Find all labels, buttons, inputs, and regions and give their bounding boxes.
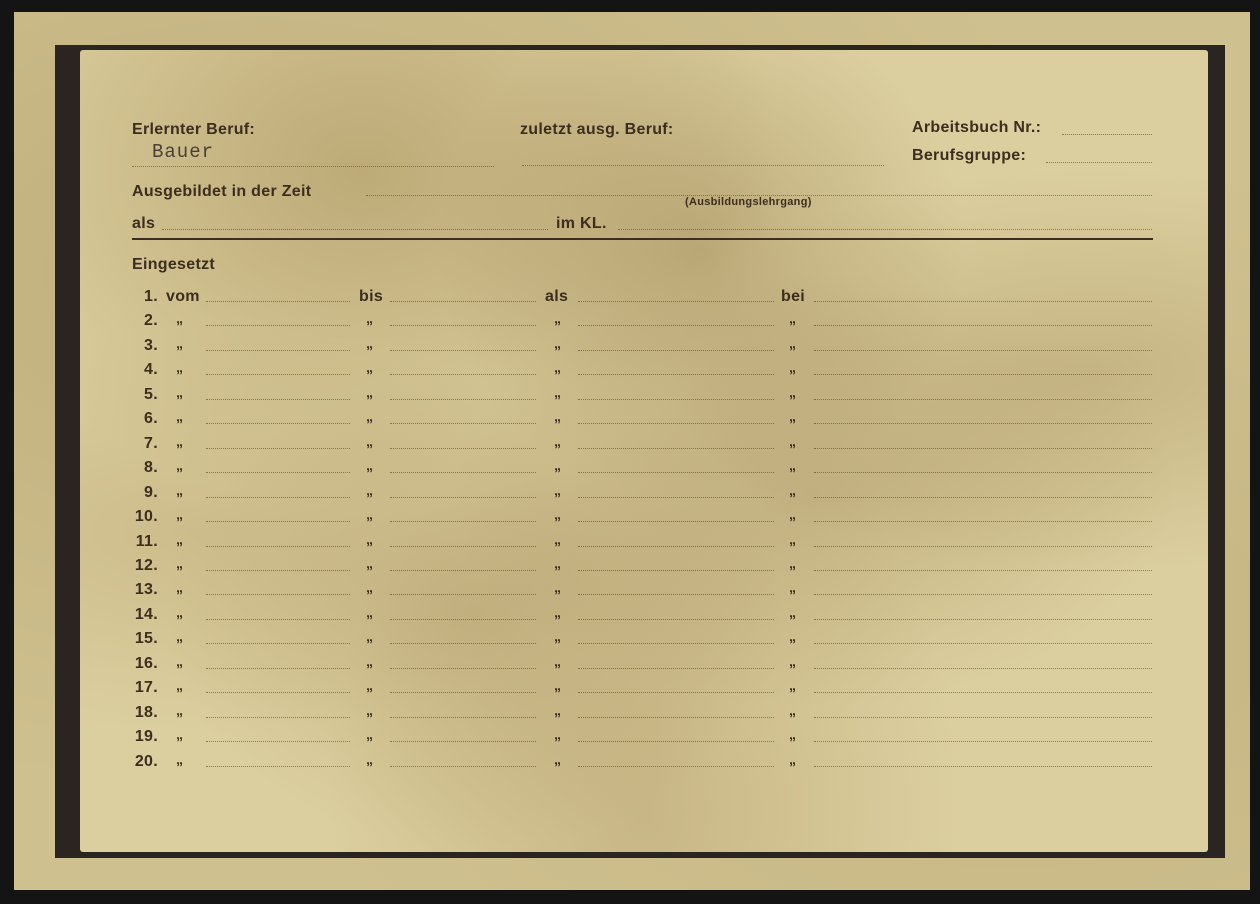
ditto-vom: „ [176,310,183,326]
section-divider [132,238,1153,240]
bei-line [814,399,1152,400]
ditto-bei: „ [789,359,796,375]
ditto-als: „ [554,359,561,375]
bis-line [390,546,536,547]
ditto-vom: „ [176,482,183,498]
als-line [578,619,774,620]
erlernter-beruf-line [132,166,494,167]
ausgebildet-label: Ausgebildet in der Zeit [132,183,311,201]
ditto-als: „ [554,653,561,669]
vom-line [206,668,350,669]
ditto-als: „ [554,310,561,326]
ditto-vom: „ [176,751,183,767]
als-line [578,350,774,351]
bei-line [814,668,1152,669]
bei-line [814,717,1152,718]
bis-line [390,325,536,326]
als-line [578,301,774,302]
ditto-bei: „ [789,531,796,547]
ditto-bis: „ [366,310,373,326]
bis-line [390,399,536,400]
arbeitsbuch-label: Arbeitsbuch Nr.: [912,119,1041,137]
vom-line [206,594,350,595]
row-number: 14. [128,606,158,624]
bis-line [390,594,536,595]
bis-line [390,497,536,498]
bis-line [390,570,536,571]
ditto-bis: „ [366,628,373,644]
lehrgang-note: (Ausbildungslehrgang) [685,196,812,208]
ditto-bis: „ [366,384,373,400]
ditto-als: „ [554,579,561,595]
row-number: 2. [128,312,158,330]
row-number: 19. [128,728,158,746]
bei-line [814,521,1152,522]
vom-line [206,619,350,620]
bis-line [390,766,536,767]
als-line [578,497,774,498]
row-number: 17. [128,679,158,697]
als-line [578,668,774,669]
row-number: 11. [128,533,158,551]
als-line [578,399,774,400]
row-number: 1. [128,288,158,306]
ditto-bei: „ [789,310,796,326]
bei-line [814,325,1152,326]
bei-line [814,594,1152,595]
bis-line [390,350,536,351]
im-kl-label: im KL. [556,215,607,233]
vom-line [206,741,350,742]
ditto-vom: „ [176,531,183,547]
ditto-bis: „ [366,555,373,571]
ditto-vom: „ [176,384,183,400]
bei-line [814,350,1152,351]
als-line [578,570,774,571]
ditto-als: „ [554,482,561,498]
im-kl-line [618,229,1152,230]
row-number: 5. [128,386,158,404]
ditto-bis: „ [366,359,373,375]
vom-line [206,766,350,767]
row-number: 20. [128,753,158,771]
ditto-bei: „ [789,506,796,522]
ditto-vom: „ [176,506,183,522]
ditto-als: „ [554,506,561,522]
als-line [578,448,774,449]
bis-line [390,741,536,742]
row-number: 10. [128,508,158,526]
ditto-bis: „ [366,726,373,742]
ditto-vom: „ [176,555,183,571]
vom-line [206,423,350,424]
row-number: 6. [128,410,158,428]
bei-line [814,766,1152,767]
ditto-bei: „ [789,433,796,449]
vom-line [206,472,350,473]
ditto-als: „ [554,384,561,400]
ditto-bis: „ [366,653,373,669]
row-number: 16. [128,655,158,673]
vom-line [206,546,350,547]
vom-line [206,497,350,498]
bis-line [390,643,536,644]
ditto-bis: „ [366,482,373,498]
ditto-vom: „ [176,628,183,644]
ditto-bei: „ [789,726,796,742]
bei-line [814,643,1152,644]
ditto-bis: „ [366,677,373,693]
ditto-als: „ [554,457,561,473]
vom-line [206,521,350,522]
bei-line [814,546,1152,547]
ditto-vom: „ [176,335,183,351]
vom-line [206,399,350,400]
ditto-bei: „ [789,384,796,400]
ditto-als: „ [554,726,561,742]
bei-label: bei [781,288,805,306]
ditto-als: „ [554,555,561,571]
ditto-bei: „ [789,628,796,644]
als-line [578,423,774,424]
als-line [578,472,774,473]
erlernter-beruf-value: Bauer [152,141,214,163]
eingesetzt-title: Eingesetzt [132,256,215,274]
ditto-als: „ [554,677,561,693]
ditto-vom: „ [176,433,183,449]
erlernter-beruf-label: Erlernter Beruf: [132,121,255,139]
ditto-vom: „ [176,579,183,595]
ditto-als: „ [554,408,561,424]
vom-line [206,301,350,302]
vom-line [206,643,350,644]
row-number: 12. [128,557,158,575]
bei-line [814,692,1152,693]
zuletzt-beruf-line [522,165,884,166]
ditto-als: „ [554,335,561,351]
row-number: 13. [128,581,158,599]
row-number: 8. [128,459,158,477]
bis-line [390,619,536,620]
ditto-bei: „ [789,457,796,473]
ditto-bis: „ [366,604,373,620]
berufsgruppe-line [1046,162,1152,163]
bei-line [814,570,1152,571]
ditto-als: „ [554,604,561,620]
als-line [578,325,774,326]
arbeitsbuch-line [1062,134,1152,135]
ditto-als: „ [554,751,561,767]
row-number: 4. [128,361,158,379]
vom-line [206,717,350,718]
bis-line [390,668,536,669]
ditto-vom: „ [176,604,183,620]
ditto-bis: „ [366,457,373,473]
ditto-vom: „ [176,702,183,718]
ditto-bei: „ [789,653,796,669]
als-line [578,741,774,742]
ditto-bei: „ [789,408,796,424]
ditto-bis: „ [366,531,373,547]
bis-line [390,717,536,718]
als-line [578,766,774,767]
ditto-bei: „ [789,579,796,595]
ditto-vom: „ [176,457,183,473]
bis-line [390,423,536,424]
bei-line [814,301,1152,302]
vom-line [206,350,350,351]
als-line [162,229,548,230]
bis-line [390,472,536,473]
zuletzt-beruf-label: zuletzt ausg. Beruf: [520,121,674,139]
ditto-vom: „ [176,677,183,693]
als-line [578,521,774,522]
ditto-bei: „ [789,555,796,571]
bis-line [390,301,536,302]
bei-line [814,423,1152,424]
row-number: 3. [128,337,158,355]
als-line [578,546,774,547]
row-number: 15. [128,630,158,648]
bis-line [390,448,536,449]
ditto-vom: „ [176,408,183,424]
ditto-als: „ [554,531,561,547]
ditto-bis: „ [366,702,373,718]
ditto-vom: „ [176,726,183,742]
ditto-bei: „ [789,604,796,620]
vom-label: vom [166,288,200,306]
als-line [578,594,774,595]
ditto-bei: „ [789,702,796,718]
row-number: 7. [128,435,158,453]
ditto-bei: „ [789,482,796,498]
bei-line [814,497,1152,498]
bei-line [814,472,1152,473]
ditto-bis: „ [366,433,373,449]
vom-line [206,570,350,571]
ditto-bei: „ [789,751,796,767]
ditto-vom: „ [176,653,183,669]
vom-line [206,325,350,326]
ditto-vom: „ [176,359,183,375]
bis-line [390,521,536,522]
bei-line [814,374,1152,375]
ditto-bis: „ [366,335,373,351]
row-number: 18. [128,704,158,722]
ditto-bis: „ [366,506,373,522]
row-number: 9. [128,484,158,502]
ditto-bis: „ [366,579,373,595]
als-col-label: als [545,288,568,306]
berufsgruppe-label: Berufsgruppe: [912,147,1026,165]
bei-line [814,448,1152,449]
ditto-bis: „ [366,408,373,424]
als-label: als [132,215,155,233]
bis-line [390,374,536,375]
als-line [578,717,774,718]
bei-line [814,619,1152,620]
als-line [578,374,774,375]
vom-line [206,448,350,449]
ditto-bei: „ [789,335,796,351]
registration-card [80,50,1208,852]
als-line [578,692,774,693]
ditto-als: „ [554,628,561,644]
ditto-bei: „ [789,677,796,693]
vom-line [206,692,350,693]
vom-line [206,374,350,375]
bis-line [390,692,536,693]
ditto-als: „ [554,702,561,718]
als-line [578,643,774,644]
ditto-als: „ [554,433,561,449]
bei-line [814,741,1152,742]
ditto-bis: „ [366,751,373,767]
bis-label: bis [359,288,383,306]
